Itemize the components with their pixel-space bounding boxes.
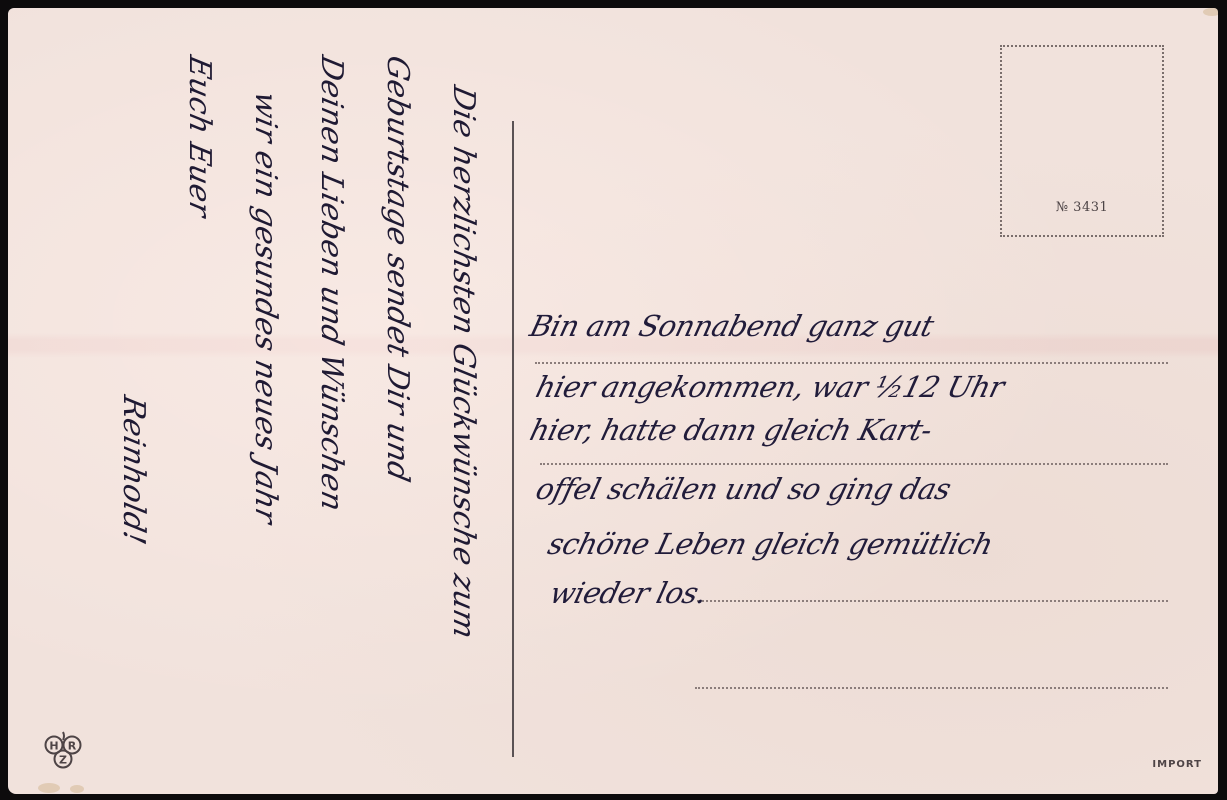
- hrz-trefoil-logo-icon: H R Z: [41, 728, 85, 772]
- svg-text:R: R: [68, 740, 77, 753]
- handwritten-line: Deinen Lieben und Wünschen: [298, 49, 364, 783]
- paper-stain: [70, 785, 84, 793]
- handwritten-signature: Reinhold!: [100, 49, 166, 783]
- svg-text:Z: Z: [59, 754, 67, 767]
- handwritten-line: wieder los.: [523, 563, 1218, 624]
- postcard-back: ........ Die herzlichsten Glückwünsche z…: [8, 8, 1218, 794]
- svg-text:H: H: [49, 740, 58, 753]
- handwritten-line: wir ein gesundes neues Jahr: [232, 49, 298, 783]
- handwritten-line: Geburtstage sendet Dir und: [364, 49, 430, 783]
- right-handwritten-message: Bin am Sonnabend ganz gut hier angekomme…: [523, 296, 1203, 624]
- handwritten-line: Bin am Sonnabend ganz gut: [523, 296, 1218, 357]
- handwritten-line: hier, hatte dann gleich Kart-: [523, 400, 1218, 461]
- import-label: IMPORT: [1152, 759, 1202, 770]
- handwritten-line: Die herzlichsten Glückwünsche zum: [430, 49, 496, 783]
- handwritten-line: Euch Euer: [166, 49, 232, 783]
- handwritten-line: offel schälen und so ging das: [523, 459, 1218, 520]
- card-number: № 3431: [1002, 200, 1162, 215]
- left-handwritten-message: Die herzlichsten Glückwünsche zum Geburt…: [26, 56, 496, 776]
- paper-stain: [38, 783, 60, 793]
- paper-stain: [1203, 8, 1218, 16]
- vertical-divider: [512, 121, 514, 757]
- stamp-box: № 3431: [1000, 45, 1164, 237]
- address-line-4: [695, 687, 1168, 689]
